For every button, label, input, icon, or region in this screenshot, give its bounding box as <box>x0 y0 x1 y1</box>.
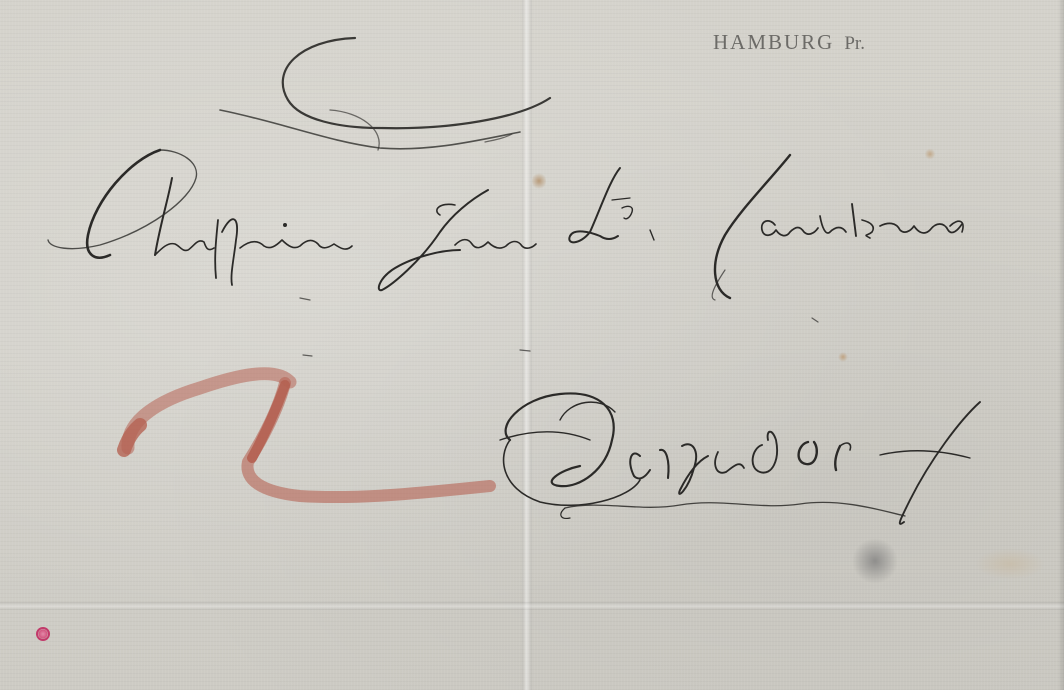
salutation-flourish-icon <box>220 38 550 150</box>
handwriting-carstens <box>712 155 963 300</box>
handwriting-herrn <box>379 190 536 290</box>
handwriting-lt <box>569 168 654 242</box>
pink-stamp-mark-icon <box>36 627 50 641</box>
handwriting-oberstherrn <box>48 150 352 285</box>
small-ink-marks <box>300 298 818 356</box>
red-rate-mark-icon <box>124 374 490 497</box>
handwriting-layer <box>0 0 1064 690</box>
handwriting-bergedorf <box>500 393 980 523</box>
letter-cover: HAMBURGPr. Oberstherrn Herrn Lt. Carsten… <box>0 0 1064 690</box>
